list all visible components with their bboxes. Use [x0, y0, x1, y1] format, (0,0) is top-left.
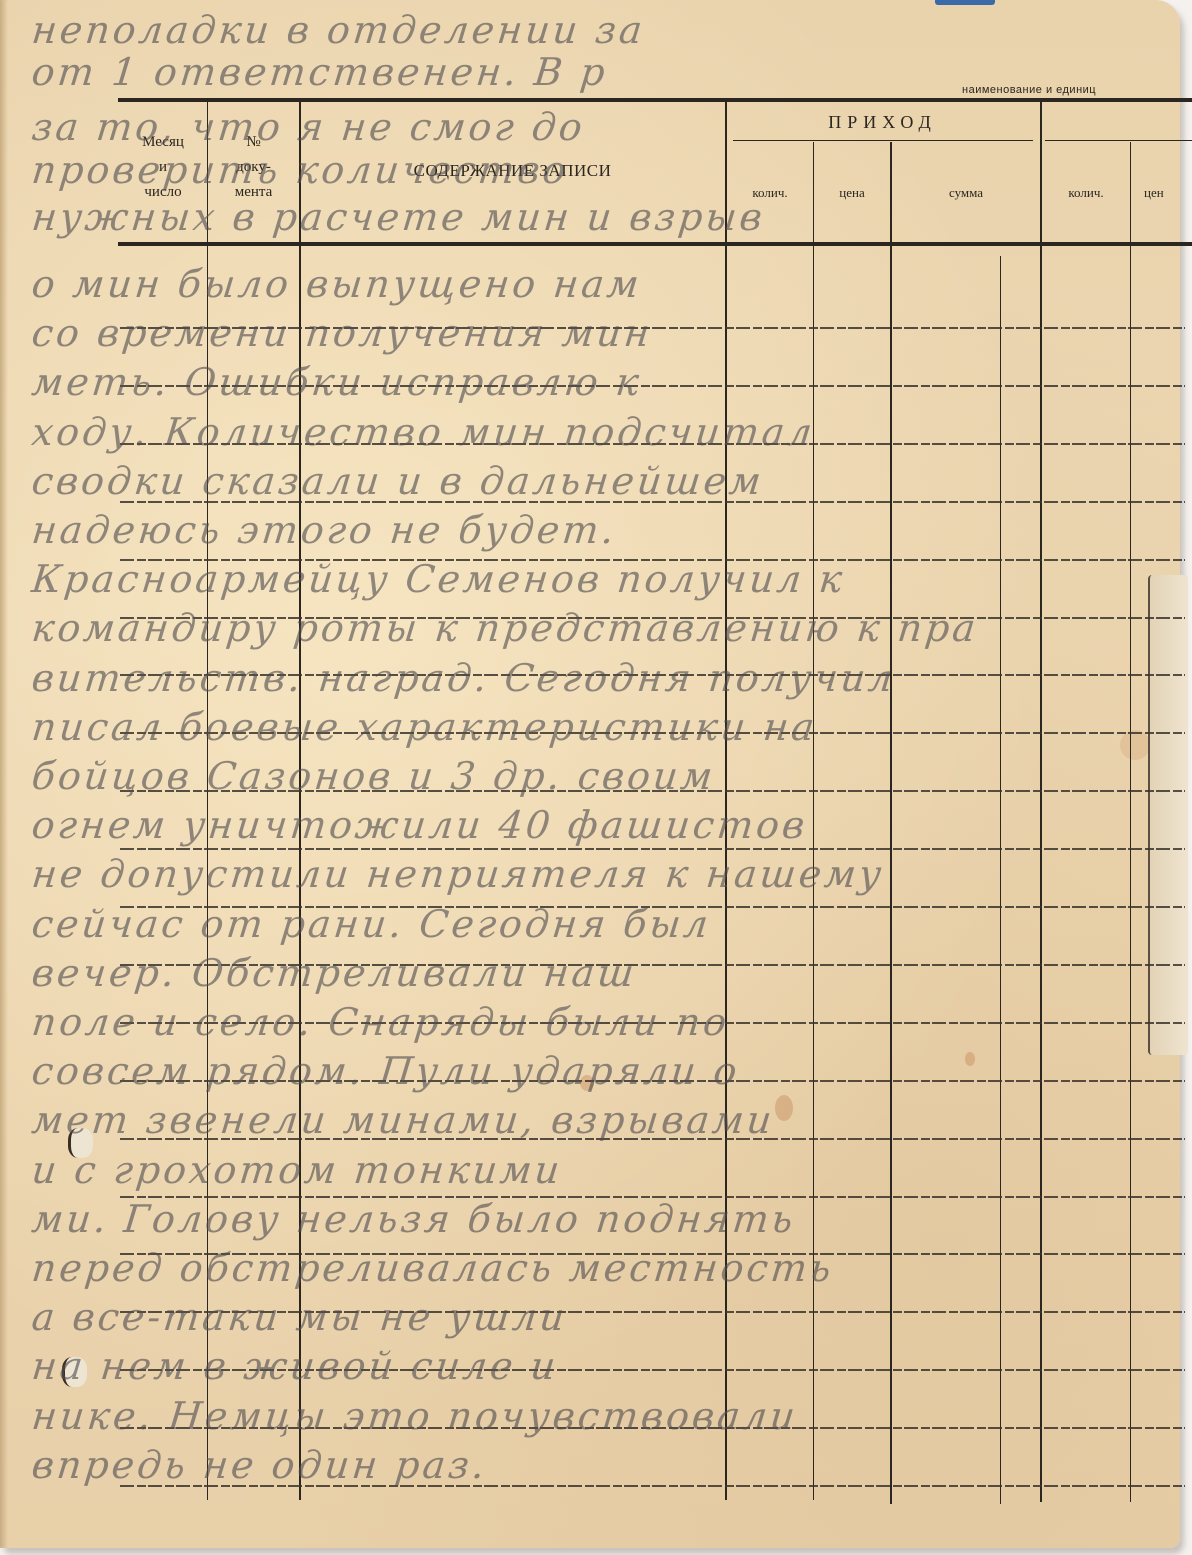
- handwritten-line: поле и село. Снаряды были по: [30, 1000, 1185, 1044]
- handwritten-line: командиру роты к представлению к пра: [30, 606, 1185, 650]
- handwritten-line: ходу. Количество мин подсчитал: [30, 410, 1185, 454]
- blue-ink-mark: [935, 0, 995, 5]
- handwritten-line: а все-таки мы не ушли: [30, 1295, 1185, 1339]
- handwritten-line: проверить количество: [30, 148, 1185, 192]
- handwritten-line: сейчас от рани. Сегодня был: [30, 902, 1185, 946]
- handwritten-line: и с грохотом тонкими: [30, 1148, 1185, 1192]
- handwritten-line: совсем рядом. Пули ударяли о: [30, 1049, 1185, 1093]
- handwritten-line: огнем уничтожили 40 фашистов: [30, 803, 1185, 847]
- handwritten-line: нике. Немцы это почувствовали: [30, 1394, 1185, 1438]
- handwritten-line: со времени получения мин: [30, 311, 1185, 355]
- column-divider: [207, 100, 208, 1500]
- handwritten-line: бойцов Сазонов и 3 др. своим: [30, 754, 1185, 798]
- page-edge-shadow: [0, 0, 8, 1548]
- ledger-row-rule: [120, 848, 1185, 850]
- handwritten-line: на нем в живой силе и: [30, 1344, 1185, 1388]
- handwritten-line: неполадки в отделении за: [30, 8, 1185, 52]
- handwritten-line: писал боевые характеристики на: [30, 705, 1185, 749]
- handwritten-line: мет звенели минами, взрывами: [30, 1098, 1185, 1142]
- handwritten-line: о мин было выпущено нам: [30, 262, 1185, 306]
- header-bottom-rule: [118, 242, 1192, 246]
- handwritten-line: за то, что я не смог до: [30, 105, 1185, 149]
- handwritten-line: не допустили неприятеля к нашему: [30, 852, 1185, 896]
- handwritten-line: впредь не один раз.: [30, 1443, 1185, 1487]
- handwritten-line: Красноармейцу Семенов получил к: [30, 557, 1185, 601]
- handwritten-line: вительств. наград. Сегодня получил: [30, 656, 1185, 700]
- handwritten-line: вечер. Обстреливали наш: [30, 951, 1185, 995]
- handwritten-line: меть. Ошибки исправлю к: [30, 360, 1185, 404]
- handwritten-line: ми. Голову нельзя было поднять: [30, 1197, 1185, 1241]
- handwritten-line: надеюсь этого не будет.: [30, 508, 1185, 552]
- handwritten-line: сводки сказали и в дальнейшем: [30, 459, 1185, 503]
- handwritten-line: перед обстреливалась местность: [30, 1246, 1185, 1290]
- handwritten-line: нужных в расчете мин и взрыв: [30, 195, 1185, 239]
- handwritten-line: от 1 ответственен. В р: [30, 50, 1185, 94]
- table-top-rule: [118, 98, 1192, 102]
